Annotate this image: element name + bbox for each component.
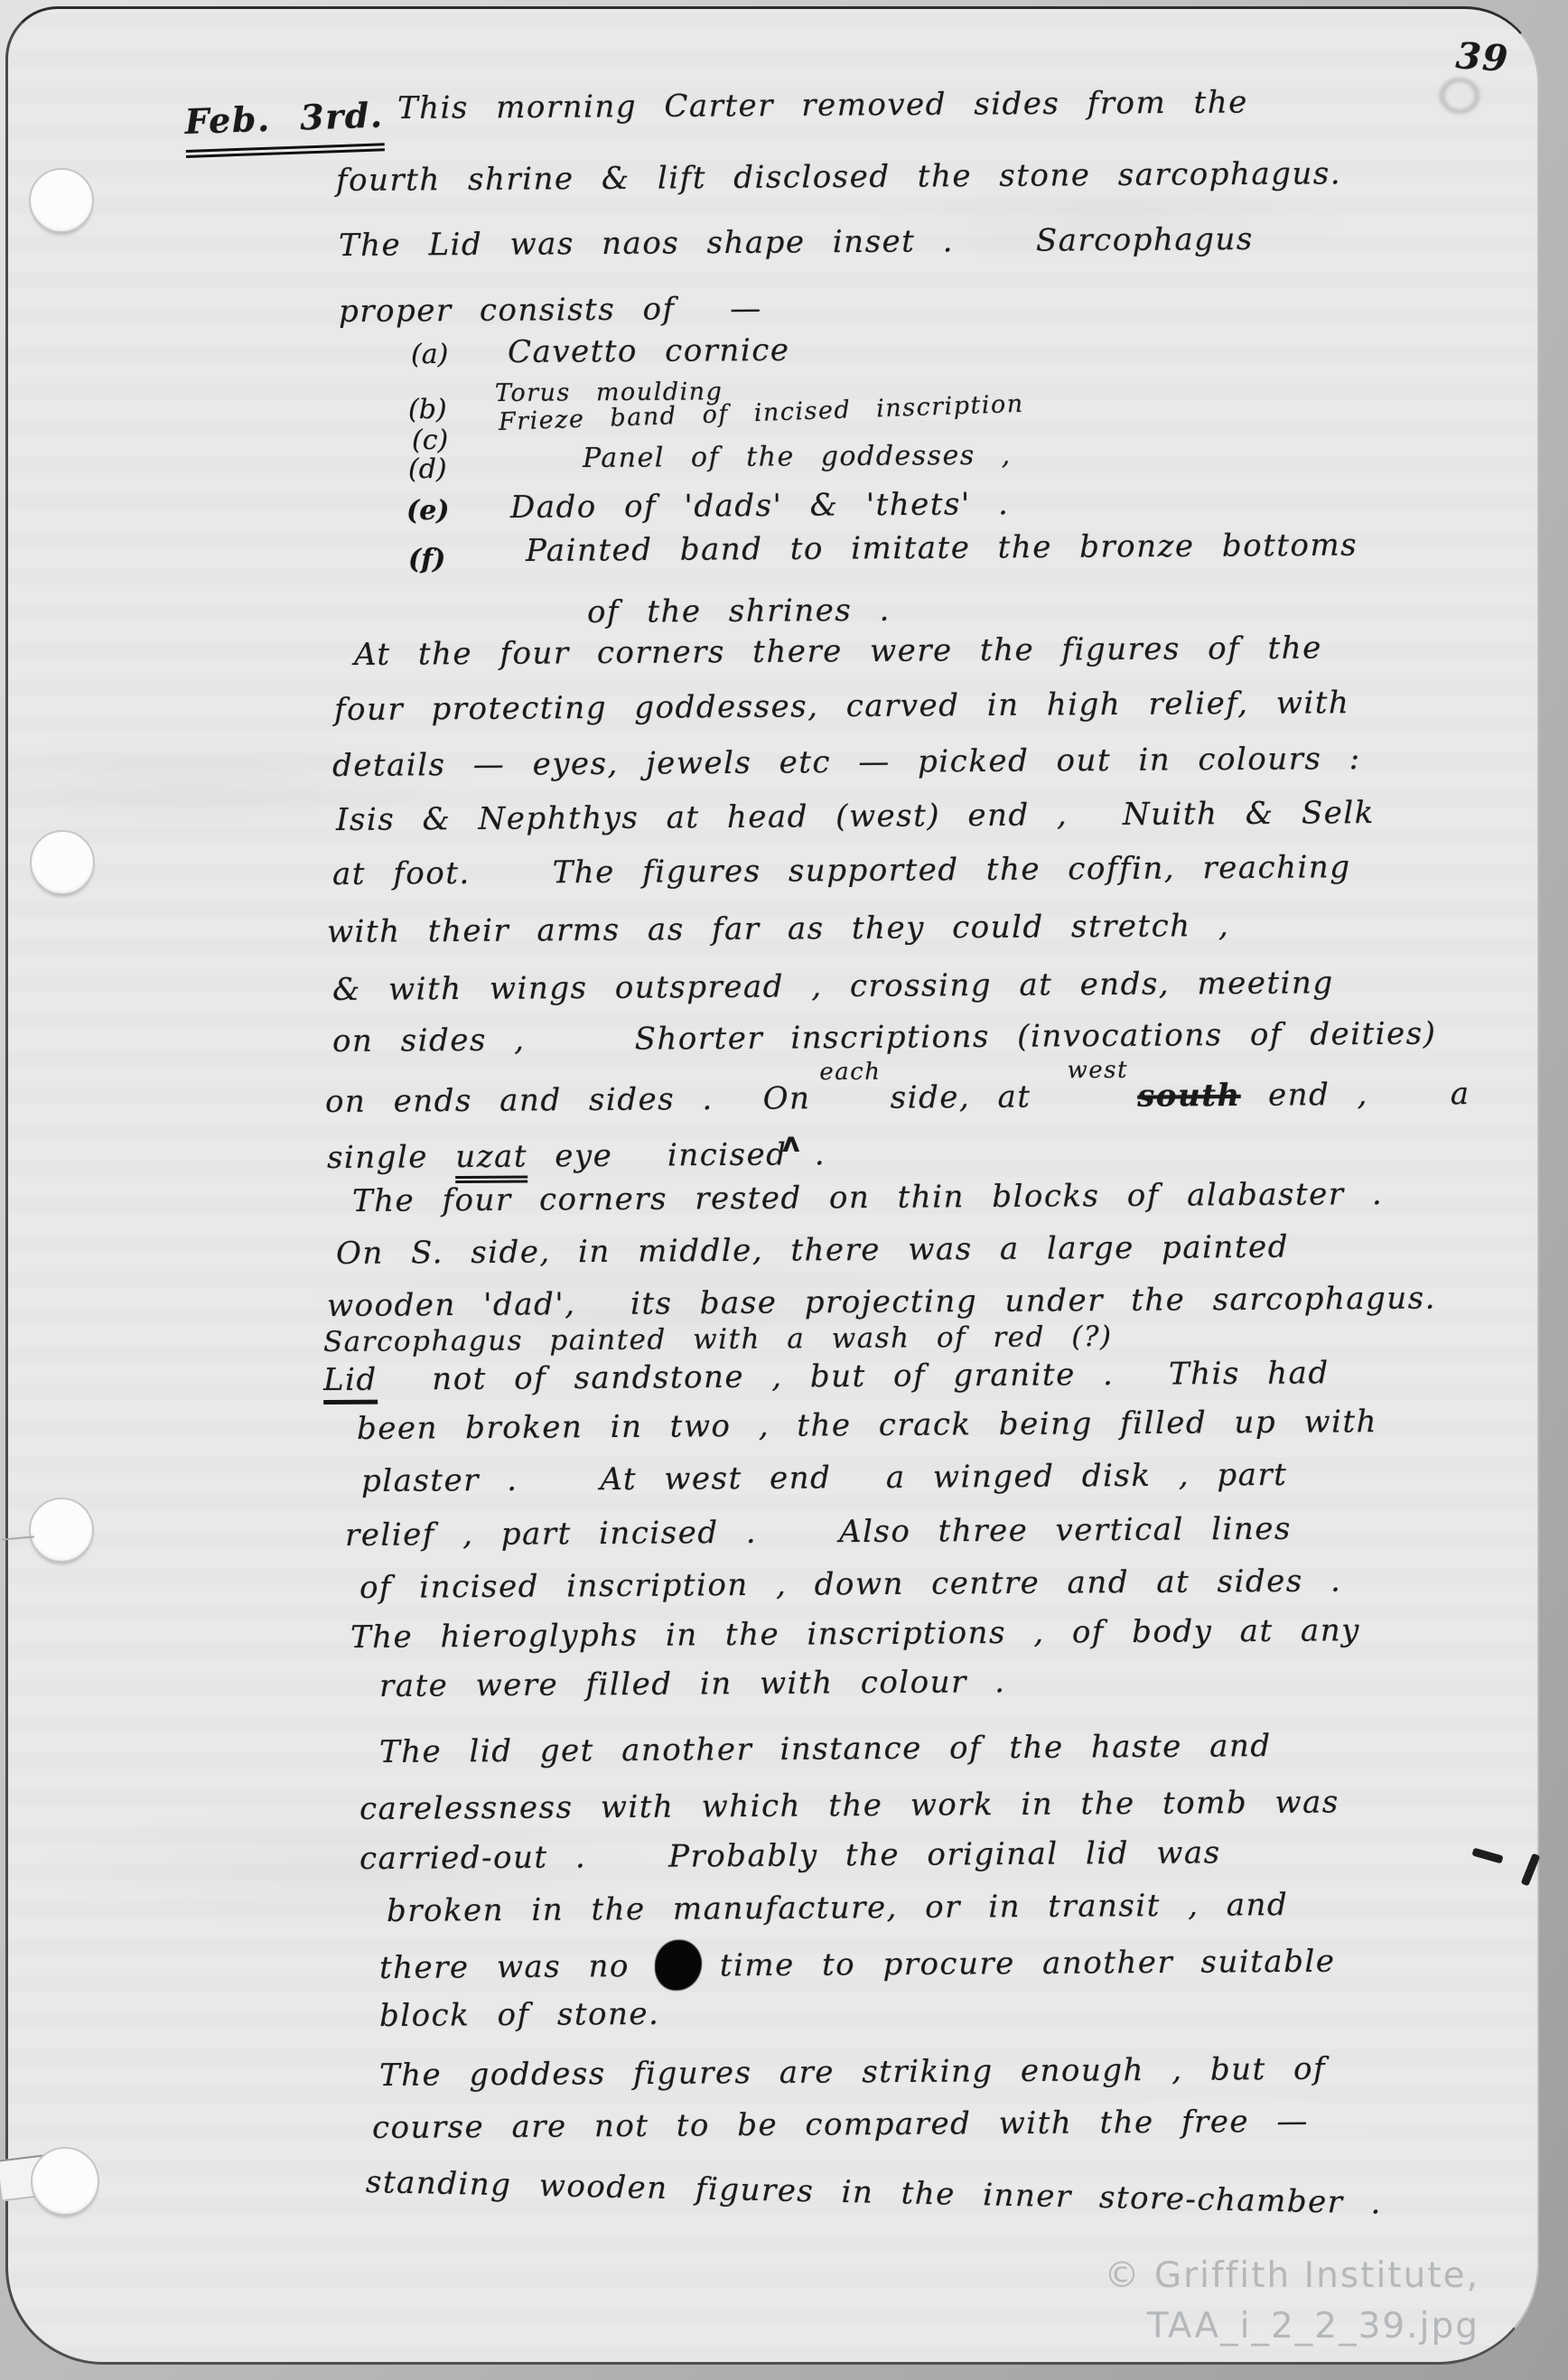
handwritten-line: Lid not of sandstone , but of granite . … [323, 1355, 1330, 1398]
handwritten-line: carelessness with which the work in the … [359, 1784, 1339, 1827]
scanned-page: 39 Feb. 3rd. This morning Carter removed… [0, 0, 1568, 2380]
handwritten-line: The four corners rested on thin blocks o… [352, 1176, 1383, 1219]
handwritten-line: single uzat eye incised . [327, 1136, 826, 1176]
handwritten-line: rate were filled in with colour . [379, 1664, 1006, 1704]
ink-blot [655, 1940, 702, 1991]
text-segment: there was no [379, 1948, 630, 1986]
ink-smudge [1440, 78, 1479, 114]
handwritten-line: on sides , Shorter inscriptions (invocat… [332, 1015, 1437, 1059]
watermark-line: TAA_i_2_2_39.jpg [1104, 2301, 1479, 2352]
text-segment: On [763, 1080, 811, 1116]
handwritten-line: at foot. The figures supported the coffi… [332, 849, 1351, 892]
text-segment: not of sandstone , but of granite . This… [432, 1355, 1330, 1397]
list-item-continuation: of the shrines . [587, 593, 891, 630]
handwritten-line: four protecting goddesses, carved in hig… [334, 685, 1350, 728]
punch-hole [29, 168, 94, 233]
list-label: (f) [408, 544, 445, 575]
inserted-word: west [1067, 1057, 1128, 1084]
text-segment: on ends and sides . [325, 1081, 714, 1120]
handwritten-line: of incised inscription , down centre and… [359, 1563, 1342, 1606]
handwritten-line: The goddess figures are striking enough … [379, 2051, 1326, 2094]
underlined-word: Lid [323, 1362, 378, 1405]
handwritten-line: details — eyes, jewels etc — picked out … [332, 741, 1361, 784]
handwritten-line: This morning Carter removed sides from t… [397, 84, 1248, 126]
list-label: (b) [408, 394, 447, 425]
text-segment: side, at [891, 1079, 1031, 1116]
handwritten-line: broken in the manufacture, or in transit… [387, 1887, 1289, 1929]
handwritten-line: block of stone. [379, 1996, 660, 2034]
struck-word: south [1137, 1078, 1241, 1115]
handwritten-line-with-blot: there was notime to procure another suit… [379, 1936, 1336, 1993]
text-segment: single [327, 1139, 428, 1176]
list-item: Dado of 'dads' & 'thets' . [510, 486, 1010, 526]
text-segment: eye incised . [555, 1136, 826, 1174]
list-label: (c) [412, 425, 448, 456]
handwritten-line: At the four corners there were the figur… [354, 630, 1322, 673]
text-segment: end , a [1268, 1076, 1470, 1114]
list-label: (e) [406, 495, 449, 527]
handwritten-line: The lid get another instance of the hast… [379, 1728, 1272, 1770]
watermark-line: © Griffith Institute, [1104, 2251, 1479, 2301]
handwritten-line: fourth shrine & lift disclosed the stone… [336, 155, 1341, 199]
list-item: Painted band to imitate the bronze botto… [526, 527, 1358, 569]
underlined-word: uzat [455, 1138, 527, 1183]
punch-hole-torn [31, 2147, 99, 2216]
text-segment: time to procure another suitable [720, 1944, 1336, 1984]
handwritten-line: plaster . At west end a winged disk , pa… [361, 1457, 1288, 1499]
date-heading: Feb. 3rd. [184, 94, 385, 158]
handwritten-line: course are not to be compared with the f… [372, 2104, 1309, 2146]
punch-hole [30, 830, 95, 895]
handwritten-line: proper consists of — [339, 291, 762, 330]
handwritten-line: Isis & Nephthys at head (west) end , Nui… [336, 795, 1375, 838]
handwritten-line: The hieroglyphs in the inscriptions , of… [350, 1612, 1360, 1656]
page-number: 39 [1454, 34, 1510, 80]
handwritten-line: relief , part incised . Also three verti… [345, 1511, 1292, 1554]
handwritten-line: wooden 'dad', its base projecting under … [327, 1280, 1436, 1324]
list-item: Panel of the goddesses , [583, 440, 1012, 474]
handwritten-line: The Lid was naos shape inset . Sarcophag… [339, 221, 1254, 264]
punch-hole [29, 1498, 94, 1563]
list-label: (d) [408, 453, 447, 485]
handwritten-line: & with wings outspread , crossing at end… [332, 965, 1334, 1008]
handwritten-line: carried-out . Probably the original lid … [359, 1834, 1221, 1877]
inserted-word: each [819, 1059, 881, 1086]
handwritten-line: On S. side, in middle, there was a large… [336, 1229, 1289, 1272]
list-label: (a) [411, 339, 448, 370]
copyright-watermark: © Griffith Institute, TAA_i_2_2_39.jpg [1104, 2251, 1479, 2352]
handwritten-line: Sarcophagus painted with a wash of red (… [323, 1321, 1113, 1358]
handwritten-line: with their arms as far as they could str… [327, 908, 1229, 950]
list-item: Cavetto cornice [508, 332, 790, 370]
handwritten-line: been broken in two , the crack being fil… [357, 1404, 1377, 1447]
